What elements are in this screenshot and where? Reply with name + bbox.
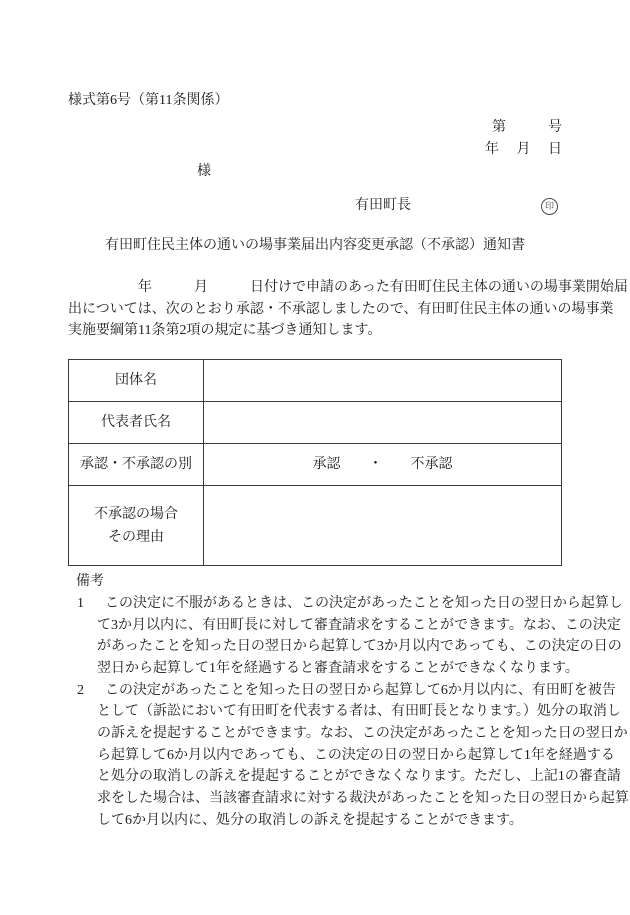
text-line: 実施要綱第11条第2項の規定に基づき通知します。 [68,320,562,342]
text-line: この決定があったことを知った日の翌日から起算して6か月以内に、有田町を被告 [97,680,562,702]
sender-line: 有田町長 印 [68,195,562,217]
table-row: 承認・不承認の別 承認 ・ 不承認 [69,444,562,486]
item-text: この決定があったことを知った日の翌日から起算して6か月以内に、有田町を被告 とし… [97,680,562,832]
text-line: して6か月以内に、処分の取消しの訴えを提起することができます。 [97,810,562,832]
document-title: 有田町住民主体の通いの場事業届出内容変更承認（不承認）通知書 [68,235,562,257]
row-value [204,402,562,444]
text-line: この決定に不服があるときは、この決定があったことを知った日の翌日から起算し [97,593,562,615]
remarks-heading: 備考 [76,571,562,593]
addressee-line: 様 [197,161,562,183]
remark-item-2: 2 この決定があったことを知った日の翌日から起算して6か月以内に、有田町を被告 … [68,680,562,832]
item-number: 2 [77,680,84,702]
notice-table: 団体名 代表者氏名 承認・不承認の別 承認 ・ 不承認 不承認の場合 その理由 [68,359,562,566]
form-number: 様式第6号（第11条関係） [68,90,562,112]
date-line: 年 月 日 [68,139,562,161]
row-label: 団体名 [69,360,204,402]
remark-item-1: 1 この決定に不服があるときは、この決定があったことを知った日の翌日から起算し … [68,593,562,680]
sender-title: 有田町長 [355,195,411,217]
table-row: 不承認の場合 その理由 [69,486,562,566]
document-number: 第 号 [68,117,562,139]
text-line: ら起算して6か月以内であっても、この決定の日の翌日から起算して1年を経過する [97,745,562,767]
row-value [204,486,562,566]
row-value [204,360,562,402]
body-paragraph: 年 月 日付けで申請のあった有田町住民主体の通いの場事業開始届 出については、次… [68,277,562,342]
document-page: 様式第6号（第11条関係） 第 号 年 月 日 様 有田町長 印 有田町住民主体… [0,0,630,915]
document-content: 様式第6号（第11条関係） 第 号 年 月 日 様 有田町長 印 有田町住民主体… [68,0,562,832]
table-row: 団体名 [69,360,562,402]
row-label: 代表者氏名 [69,402,204,444]
row-value: 承認 ・ 不承認 [204,444,562,486]
text-line: があったことを知った日の翌日から起算して3か月以内であっても、この決定の日の [97,636,562,658]
seal-icon: 印 [541,198,558,215]
text-line: として（訴訟において有田町を代表する者は、有田町長となります。）処分の取消し [97,701,562,723]
text-line: て3か月以内に、有田町長に対して審査請求をすることができます。なお、この決定 [97,615,562,637]
row-label: 不承認の場合 その理由 [69,486,204,566]
text-line: 年 月 日付けで申請のあった有田町住民主体の通いの場事業開始届 [68,277,562,299]
text-line: 求をした場合は、当該審査請求に対する裁決があったことを知った日の翌日から起算 [97,788,562,810]
text-line: 出については、次のとおり承認・不承認しましたので、有田町住民主体の通いの場事業 [68,299,562,321]
text-line: と処分の取消しの訴えを提起することができなくなります。ただし、上記1の審査請 [97,766,562,788]
item-text: この決定に不服があるときは、この決定があったことを知った日の翌日から起算し て3… [97,593,562,680]
text-line: 翌日から起算して1年を経過すると審査請求をすることができなくなります。 [97,658,562,680]
row-label: 承認・不承認の別 [69,444,204,486]
item-number: 1 [77,593,84,615]
text-line: の訴えを提起することができます。なお、この決定があったことを知った日の翌日か [97,723,562,745]
table-row: 代表者氏名 [69,402,562,444]
